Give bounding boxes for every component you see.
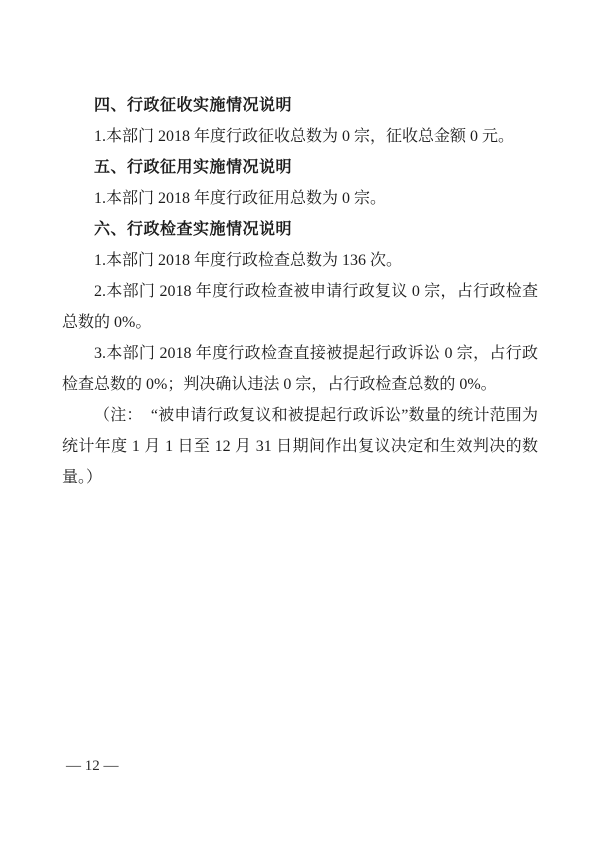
page-footer: — 12 — [66, 756, 119, 776]
section-heading-administrative-expropriation: 四、行政征收实施情况说明 [62, 90, 538, 121]
paragraph: 1.本部门 2018 年度行政检查总数为 136 次。 [62, 245, 538, 276]
paragraph: 2.本部门 2018 年度行政检查被申请行政复议 0 宗，占行政检查总数的 0%… [62, 276, 538, 338]
paragraph: 1.本部门 2018 年度行政征收总数为 0 宗，征收总金额 0 元。 [62, 121, 538, 152]
section-heading-administrative-requisition: 五、行政征用实施情况说明 [62, 152, 538, 183]
section-heading-administrative-inspection: 六、行政检查实施情况说明 [62, 214, 538, 245]
paragraph: 3.本部门 2018 年度行政检查直接被提起行政诉讼 0 宗，占行政检查总数的 … [62, 338, 538, 400]
note-paragraph: （注： “被申请行政复议和被提起行政诉讼”数量的统计范围为统计年度 1 月 1 … [62, 400, 538, 493]
document-page: 四、行政征收实施情况说明 1.本部门 2018 年度行政征收总数为 0 宗，征收… [0, 0, 596, 842]
paragraph: 1.本部门 2018 年度行政征用总数为 0 宗。 [62, 183, 538, 214]
page-number: — 12 — [66, 758, 119, 774]
document-body: 四、行政征收实施情况说明 1.本部门 2018 年度行政征收总数为 0 宗，征收… [62, 90, 538, 493]
